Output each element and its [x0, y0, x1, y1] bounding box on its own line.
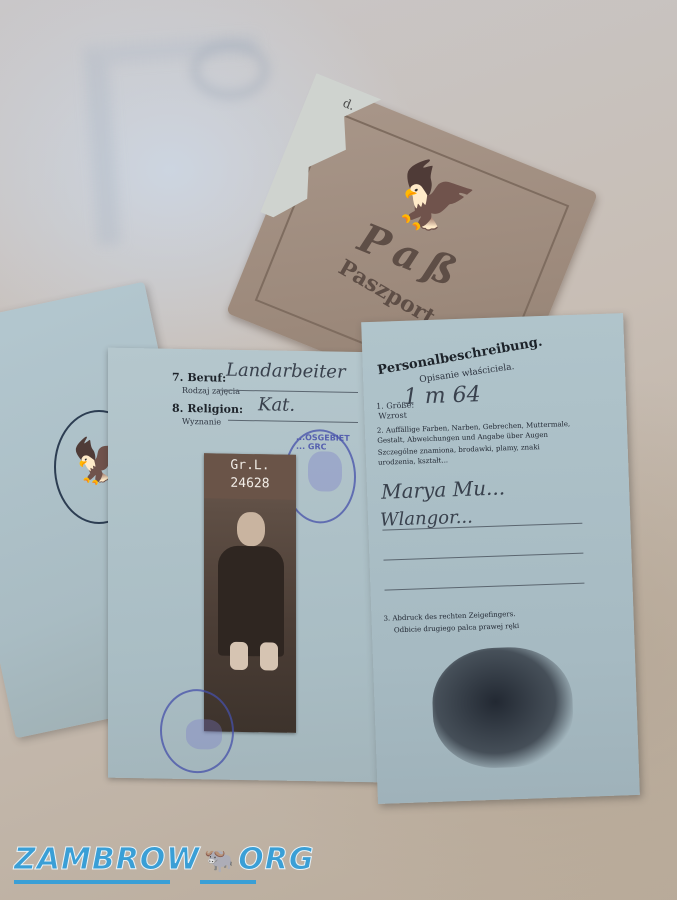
field-line	[385, 583, 585, 591]
photo-number: 24628	[204, 474, 296, 494]
zambrow-logo: ZAMBROW 🐃 ORG	[14, 842, 315, 877]
stamp-emblem	[186, 719, 222, 750]
field-occupation-sub: Rodzaj zajęcia	[182, 386, 240, 396]
logo-underline	[200, 880, 256, 884]
field-line	[228, 420, 358, 423]
field-religion-value: Kat.	[258, 394, 295, 416]
logo-text-left: ZAMBROW	[14, 842, 200, 877]
signature-line-1: Marya Mu...	[381, 475, 506, 503]
field-religion-label: 8. Religion:	[172, 402, 243, 416]
fingerprint	[431, 645, 575, 770]
photo-group-label: Gr.L.	[204, 456, 296, 476]
light-reflection	[190, 40, 270, 100]
field-occupation-label: 7. Beruf:	[172, 371, 226, 385]
open-passport: 7. Beruf: Rodzaj zajęcia Landarbeiter 8.…	[108, 350, 648, 810]
logo-text-right: ORG	[238, 842, 314, 877]
field-occupation-value: Landarbeiter	[226, 360, 346, 383]
left-page: 7. Beruf: Rodzaj zajęcia Landarbeiter 8.…	[108, 348, 380, 783]
fingerprint-sub: Odbicie drugiego palca prawej ręki	[394, 621, 520, 635]
portrait-photo: Gr.L. 24628	[204, 453, 296, 733]
portrait-face	[237, 512, 265, 546]
height-value: 1 m 64	[403, 382, 481, 410]
photo-label: Gr.L. 24628	[204, 453, 296, 500]
stamp-emblem	[308, 451, 342, 492]
features-text-pl: Szczególne znamiona, brodawki, plamy, zn…	[378, 441, 579, 468]
portrait-hand	[260, 642, 278, 670]
field-religion-sub: Wyznanie	[182, 417, 221, 427]
portrait-hand	[230, 642, 248, 670]
portrait-body	[218, 546, 284, 657]
stamp-text: ...OSGEBIET ... GRC	[296, 433, 354, 452]
field-line	[383, 553, 583, 561]
bison-icon: 🐃	[204, 846, 234, 874]
height-sub: Wzrost	[378, 411, 407, 421]
right-page: Personalbeschreibung. Opisanie właścicie…	[361, 313, 640, 804]
logo-underline	[14, 880, 170, 884]
